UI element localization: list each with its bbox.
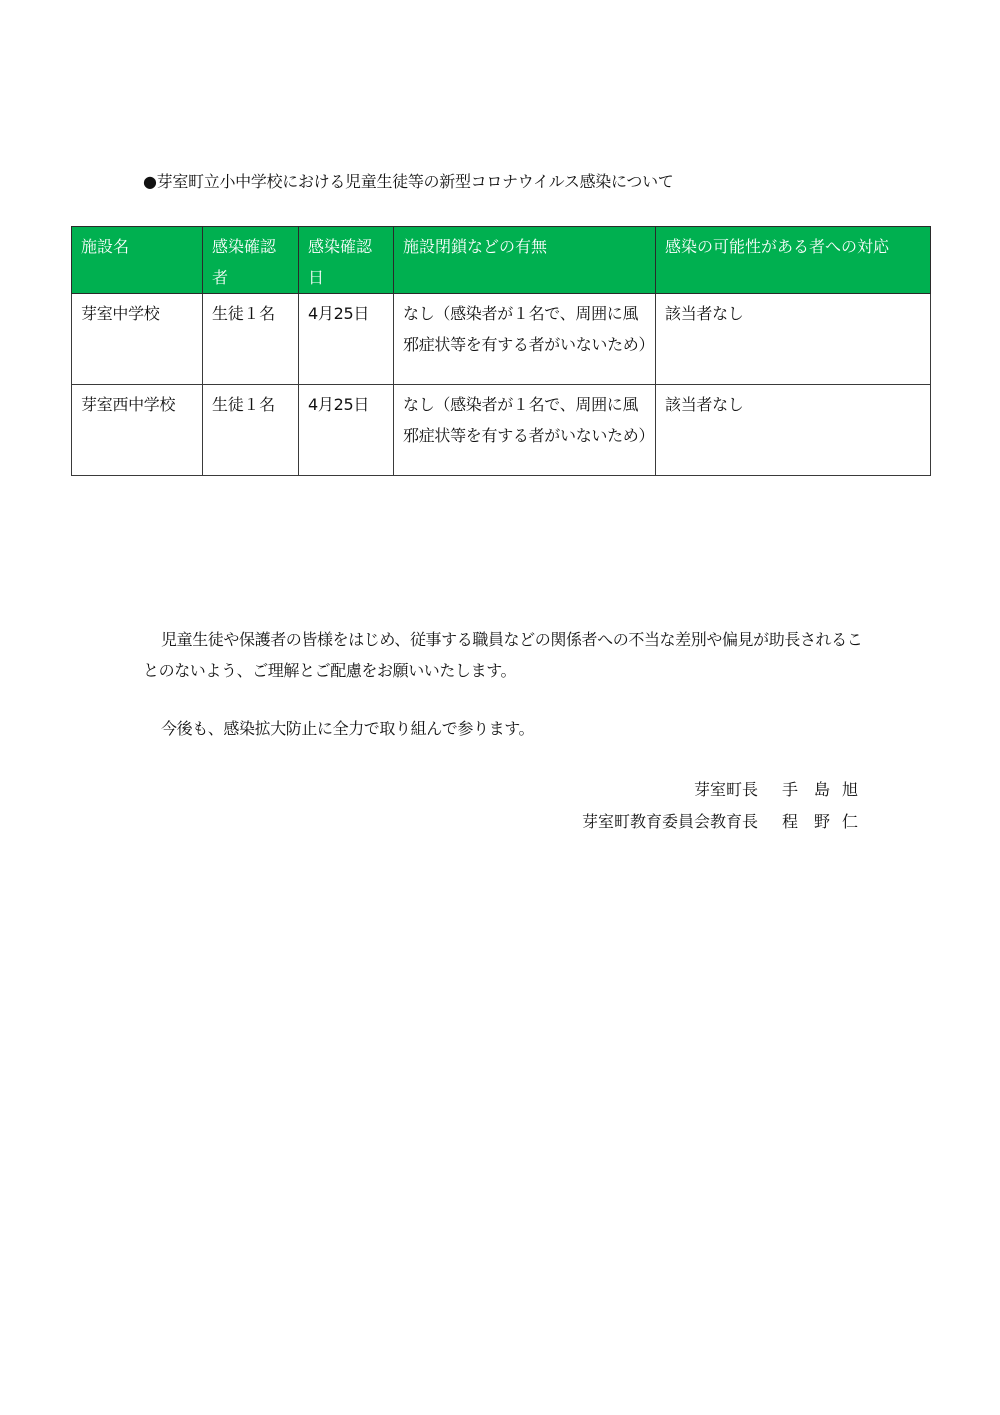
- cell-facility: 芽室中学校: [72, 294, 203, 385]
- signature-surname: 程 野: [782, 811, 830, 833]
- cell-facility: 芽室西中学校: [72, 385, 203, 476]
- table-row: 芽室中学校 生徒１名 4月25日 なし（感染者が１名で、周囲に風邪症状等を有する…: [72, 294, 931, 385]
- column-header-facility: 施設名: [72, 227, 203, 294]
- cell-confirmed-person: 生徒１名: [203, 385, 299, 476]
- commitment-paragraph: 今後も、感染拡大防止に全力で取り組んで参ります。: [143, 713, 863, 744]
- cell-confirmed-date: 4月25日: [299, 385, 394, 476]
- table-row: 芽室西中学校 生徒１名 4月25日 なし（感染者が１名で、周囲に風邪症状等を有す…: [72, 385, 931, 476]
- column-header-confirmed-person: 感染確認者: [203, 227, 299, 294]
- cell-closure: なし（感染者が１名で、周囲に風邪症状等を有する者がいないため）: [394, 294, 656, 385]
- column-header-closure: 施設閉鎖などの有無: [394, 227, 656, 294]
- cell-confirmed-date: 4月25日: [299, 294, 394, 385]
- table-header-row: 施設名 感染確認者 感染確認日 施設閉鎖などの有無 感染の可能性がある者への対応: [72, 227, 931, 294]
- column-header-confirmed-date: 感染確認日: [299, 227, 394, 294]
- cell-confirmed-person: 生徒１名: [203, 294, 299, 385]
- signature-given-name: 仁: [842, 811, 858, 833]
- cell-response: 該当者なし: [656, 294, 931, 385]
- cell-closure: なし（感染者が１名で、周囲に風邪症状等を有する者がいないため）: [394, 385, 656, 476]
- signature-title: 芽室町教育委員会教育長: [582, 812, 758, 831]
- infection-status-table: 施設名 感染確認者 感染確認日 施設閉鎖などの有無 感染の可能性がある者への対応…: [71, 226, 931, 476]
- request-paragraph: 児童生徒や保護者の皆様をはじめ、従事する職員などの関係者への不当な差別や偏見が助…: [143, 624, 863, 686]
- signature-superintendent: 芽室町教育委員会教育長程 野仁: [582, 811, 858, 833]
- signature-title: 芽室町長: [694, 780, 758, 799]
- cell-response: 該当者なし: [656, 385, 931, 476]
- signature-surname: 手 島: [782, 779, 830, 801]
- column-header-response: 感染の可能性がある者への対応: [656, 227, 931, 294]
- signature-mayor: 芽室町長手 島旭: [694, 779, 858, 801]
- signature-given-name: 旭: [842, 779, 858, 801]
- document-title: ●芽室町立小中学校における児童生徒等の新型コロナウイルス感染について: [143, 171, 673, 193]
